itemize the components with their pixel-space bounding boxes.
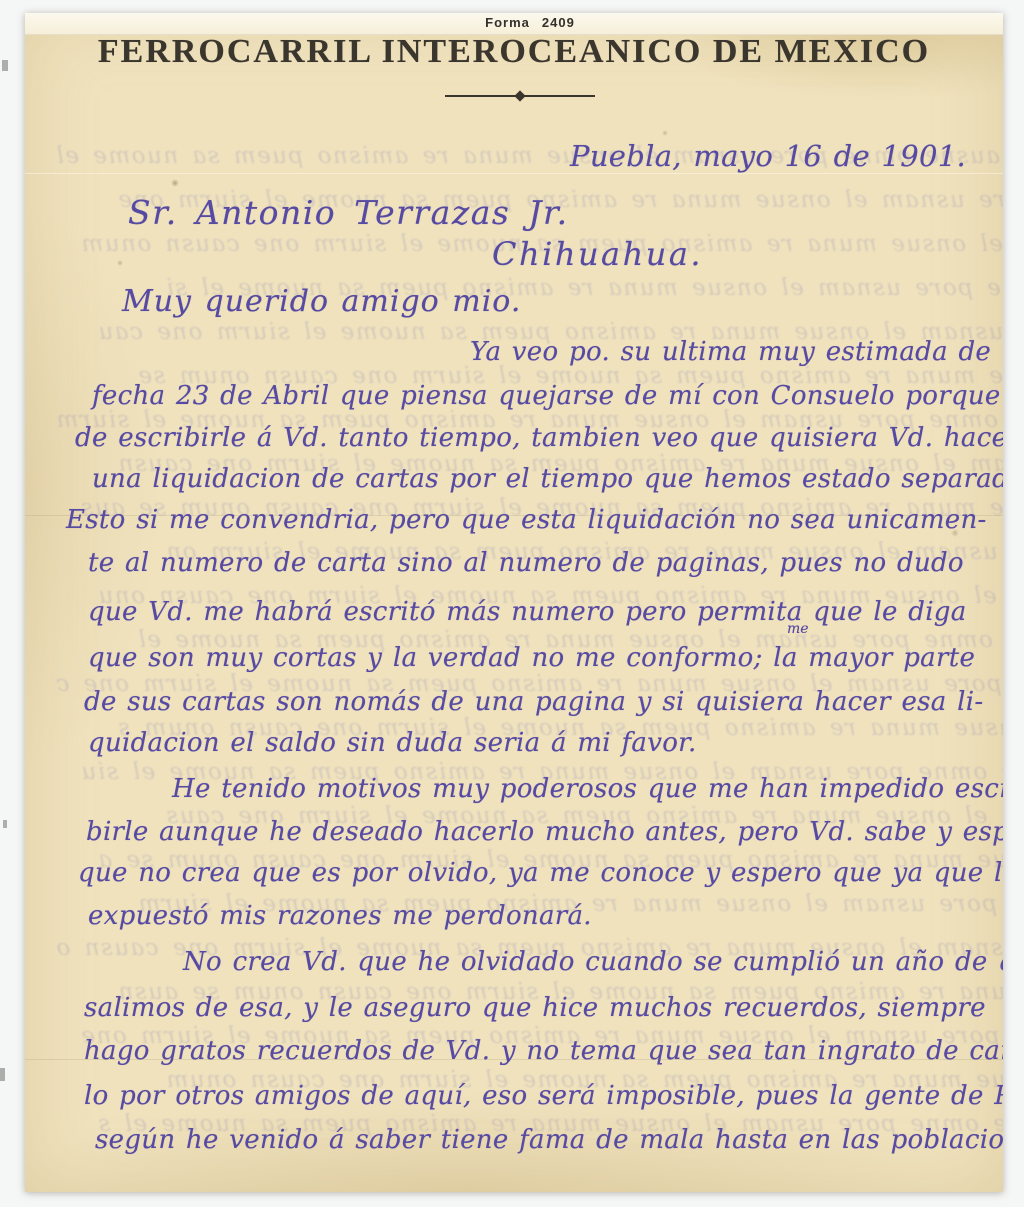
date-line: Puebla, mayo 16 de 1901. xyxy=(570,139,966,173)
recipient-line: Sr. Antonio Terrazas Jr. xyxy=(128,193,569,232)
scan-background: { "letterhead": { "form_label": "Forma",… xyxy=(0,0,1024,1207)
letter-line: Esto si me convendria, pero que esta liq… xyxy=(66,505,987,535)
letter-line: No crea Vd. que he olvidado cuando se cu… xyxy=(183,947,1003,977)
letter-line: fecha 23 de Abril que piensa quejarse de… xyxy=(92,381,1003,411)
scan-artifact xyxy=(0,1068,5,1081)
letter-line: de sus cartas son nomás de una pagina y … xyxy=(84,687,984,717)
divider-line-right xyxy=(523,95,595,97)
letterhead-title: FERROCARRIL INTEROCEANICO DE MEXICO xyxy=(25,33,1003,71)
divider-line-left xyxy=(445,95,517,97)
letter-line: según he venido á saber tiene fama de ma… xyxy=(95,1125,1003,1155)
letter-line: te al numero de carta sino al numero de … xyxy=(88,548,964,578)
scan-artifact xyxy=(3,820,7,828)
letter-line: que Vd. me habrá escritó más numero pero… xyxy=(88,597,967,627)
inserted-word: me xyxy=(787,621,809,637)
scan-artifact xyxy=(2,60,8,71)
paper-crease xyxy=(25,173,1003,174)
letter-line: expuestó mis razones me perdonará. xyxy=(88,901,592,931)
form-number-label: Forma xyxy=(485,15,530,30)
diamond-icon xyxy=(514,90,525,101)
letter-line: hago gratos recuerdos de Vd. y no tema q… xyxy=(84,1036,1003,1066)
letter-line: que son muy cortas y la verdad no me con… xyxy=(88,643,975,673)
letter-line: una liquidacion de cartas por el tiempo … xyxy=(92,464,1003,494)
form-number: Forma2409 xyxy=(485,15,575,30)
letter-line: salimos de esa, y le aseguro que hice mu… xyxy=(84,993,986,1023)
letter-line: que no crea que es por olvido, ya me con… xyxy=(78,858,1003,888)
divider-ornament xyxy=(445,91,595,100)
recipient-city-line: Chihuahua. xyxy=(492,235,703,273)
letter-line: de escribirle á Vd. tanto tiempo, tambie… xyxy=(75,423,1003,453)
letter-line: Ya veo po. su ultima muy estimada de xyxy=(470,337,991,367)
letter-line: quidacion el saldo sin duda seria á mi f… xyxy=(88,728,697,758)
letter-line: He tenido motivos muy poderosos que me h… xyxy=(172,774,1003,804)
letter-paper: Forma2409 FERROCARRIL INTEROCEANICO DE M… xyxy=(25,13,1003,1192)
letter-line: birle aunque he deseado hacerlo mucho an… xyxy=(86,817,1003,847)
letter-line: lo por otros amigos de aquí, eso será im… xyxy=(84,1081,1003,1111)
form-number-value: 2409 xyxy=(542,15,575,30)
salutation-line: Muy querido amigo mio. xyxy=(122,284,521,319)
